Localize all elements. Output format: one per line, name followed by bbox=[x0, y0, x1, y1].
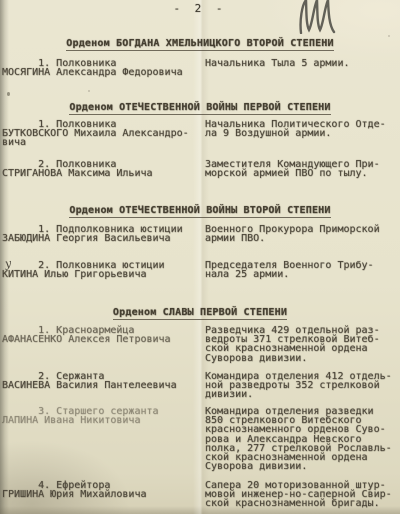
section-heading-text: Орденом ОТЕЧЕСТВЕННОЙ ВОЙНЫ ВТОРОЙ СТЕПЕ… bbox=[69, 205, 330, 218]
awardee-name: 2. Полковника юстиции КИТИНА Илью Григор… bbox=[2, 261, 200, 279]
awardee-position: Военного Прокурора Приморской армии ПВО. bbox=[205, 225, 398, 243]
awardee-name: 3. Старшего сержанта ЛАПИНА Ивана Никито… bbox=[2, 407, 200, 425]
awardee-position: Командира отделения 412 отдель- ной разв… bbox=[205, 372, 398, 400]
awardee-name: 1. Красноармейца АФАНАСЕНКО Алексея Петр… bbox=[2, 326, 200, 344]
awardee-position: Сапера 20 моторизованной штур- мовой инж… bbox=[205, 481, 398, 509]
awardee-position: Начальника Политического Отде- ла 9 Возд… bbox=[205, 120, 398, 138]
awardee-name: 4. Ефрейтора ГРИШИНА Юрия Михайловича bbox=[2, 481, 200, 499]
section-heading-text: Орденом БОГДАНА ХМЕЛЬНИЦКОГО ВТОРОЙ СТЕП… bbox=[66, 38, 333, 51]
document-page: - 2 - у Орденом БОГДАНА ХМЕЛЬНИЦКОГО ВТО… bbox=[0, 0, 400, 514]
awardee-name: 2. Полковника СТРИГАНОВА Максима Ильича bbox=[2, 160, 200, 178]
section-heading: Орденом БОГДАНА ХМЕЛЬНИЦКОГО ВТОРОЙ СТЕП… bbox=[0, 31, 400, 51]
awardee-name: 2. Сержанта ВАСИНЕВА Василия Пантелеевич… bbox=[2, 372, 200, 390]
paper-speck bbox=[88, 90, 90, 92]
awardee-name: 1. Полковника БУТКОВСКОГО Михаила Алекса… bbox=[2, 120, 200, 148]
handwritten-squiggle-icon bbox=[293, 0, 351, 34]
awardee-name: 1. Полковника МОСЯГИНА Александра Федоро… bbox=[2, 59, 200, 77]
awardee-name: 1. Подполковника юстиции ЗАБЮДИНА Георги… bbox=[2, 225, 200, 243]
section-heading: Орденом ОТЕЧЕСТВЕННОЙ ВОЙНЫ ПЕРВОЙ СТЕПЕ… bbox=[0, 95, 400, 115]
section-heading: Орденом ОТЕЧЕСТВЕННОЙ ВОЙНЫ ВТОРОЙ СТЕПЕ… bbox=[0, 198, 400, 218]
section-heading: Орденом СЛАВЫ ПЕРВОЙ СТЕПЕНИ bbox=[0, 300, 400, 320]
awardee-position: Разведчика 429 отдельной раз- ведроты 37… bbox=[205, 326, 398, 363]
section-heading-text: Орденом ОТЕЧЕСТВЕННОЙ ВОЙНЫ ПЕРВОЙ СТЕПЕ… bbox=[69, 102, 330, 115]
awardee-position: Заместителя Командующего При- морской ар… bbox=[205, 160, 398, 178]
section-heading-text: Орденом СЛАВЫ ПЕРВОЙ СТЕПЕНИ bbox=[113, 307, 287, 320]
awardee-position: Начальника Тыла 5 армии. bbox=[205, 59, 398, 68]
awardee-position: Председателя Военного Трибу- нала 25 арм… bbox=[205, 261, 398, 279]
awardee-position: Командира отделения разведки 850 стрелко… bbox=[205, 407, 398, 471]
